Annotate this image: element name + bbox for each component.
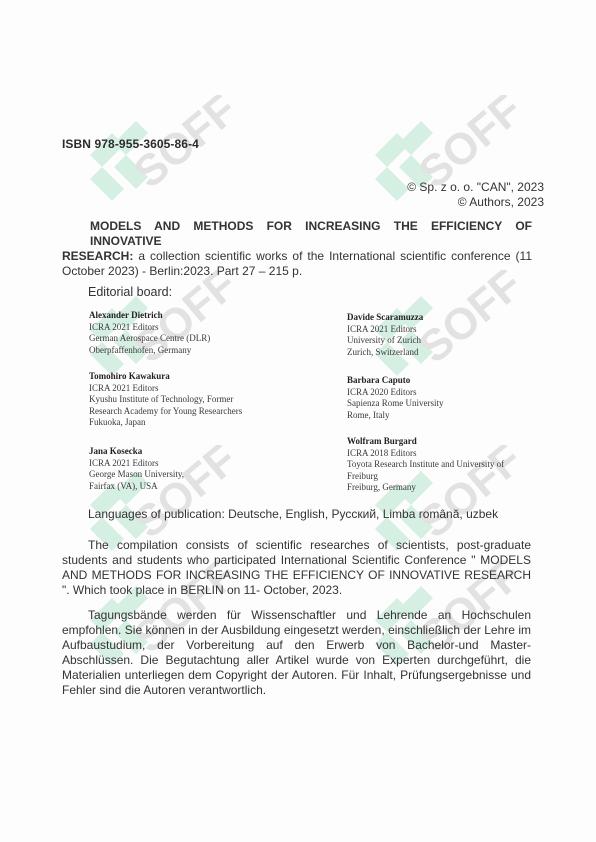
member-line: Freiburg — [347, 471, 547, 483]
member-line: Sapienza Rome University — [347, 398, 547, 410]
member-line: University of Zurich — [347, 335, 547, 347]
member-line: Oberpfaffenhofen, Germany — [89, 345, 289, 357]
member-line: George Mason University, — [89, 469, 289, 481]
member-name: Wolfram Burgard — [347, 436, 547, 448]
member-line: Research Academy for Young Researchers — [89, 406, 289, 418]
board-member: Tomohiro Kawakura ICRA 2021 Editors Kyus… — [89, 371, 289, 429]
member-name: Jana Kosecka — [89, 446, 289, 458]
member-line: Zurich, Switzerland — [347, 347, 547, 359]
member-line: ICRA 2021 Editors — [347, 324, 547, 336]
member-line: Fukuoka, Japan — [89, 417, 289, 429]
member-line: ICRA 2021 Editors — [89, 383, 289, 395]
title-rest: RESEARCH: a collection scientific works … — [62, 249, 532, 279]
member-line: ICRA 2021 Editors — [89, 322, 289, 334]
title-line-2: RESEARCH: — [62, 249, 133, 263]
publication-title: MODELS AND METHODS FOR INCREASING THE EF… — [62, 219, 532, 279]
member-name: Alexander Dietrich — [89, 310, 289, 322]
page-content: ISBN 978-955-3605-86-4 © Sp. z o. o. "CA… — [0, 0, 596, 842]
german-paragraph: Tagungsbände werden für Wissenschaftler … — [62, 608, 531, 698]
member-line: ICRA 2020 Editors — [347, 387, 547, 399]
copyright-authors: © Authors, 2023 — [407, 195, 544, 210]
board-member: Jana Kosecka ICRA 2021 Editors George Ma… — [89, 446, 289, 492]
member-name: Barbara Caputo — [347, 375, 547, 387]
member-line: German Aerospace Centre (DLR) — [89, 333, 289, 345]
member-line: Freiburg, Germany — [347, 482, 547, 494]
isbn: ISBN 978-955-3605-86-4 — [62, 137, 199, 151]
member-line: Toyota Research Institute and University… — [347, 459, 547, 471]
title-description: a collection scientific works of the Int… — [62, 249, 532, 278]
member-line: Kyushu Institute of Technology, Former — [89, 394, 289, 406]
member-line: Rome, Italy — [347, 410, 547, 422]
board-member: Wolfram Burgard ICRA 2018 Editors Toyota… — [347, 436, 547, 494]
title-line-1: MODELS AND METHODS FOR INCREASING THE EF… — [62, 219, 532, 249]
member-name: Tomohiro Kawakura — [89, 371, 289, 383]
copyright-block: © Sp. z o. o. "CAN", 2023 © Authors, 202… — [407, 180, 544, 210]
compilation-paragraph: The compilation consists of scientific r… — [62, 538, 531, 598]
copyright-publisher: © Sp. z o. o. "CAN", 2023 — [407, 180, 544, 195]
member-name: Davide Scaramuzza — [347, 312, 547, 324]
member-line: ICRA 2021 Editors — [89, 458, 289, 470]
document-page: SOFFSOFFSOFFSOFFSOFFSOFFSOFFSOFF ISBN 97… — [0, 0, 596, 842]
member-line: ICRA 2018 Editors — [347, 448, 547, 460]
editorial-board-heading: Editorial board: — [88, 285, 172, 299]
board-member: Barbara Caputo ICRA 2020 Editors Sapienz… — [347, 375, 547, 421]
member-line: Fairfax (VA), USA — [89, 481, 289, 493]
board-member: Davide Scaramuzza ICRA 2021 Editors Univ… — [347, 312, 547, 358]
languages-of-publication: Languages of publication: Deutsche, Engl… — [88, 507, 498, 521]
board-member: Alexander Dietrich ICRA 2021 Editors Ger… — [89, 310, 289, 356]
